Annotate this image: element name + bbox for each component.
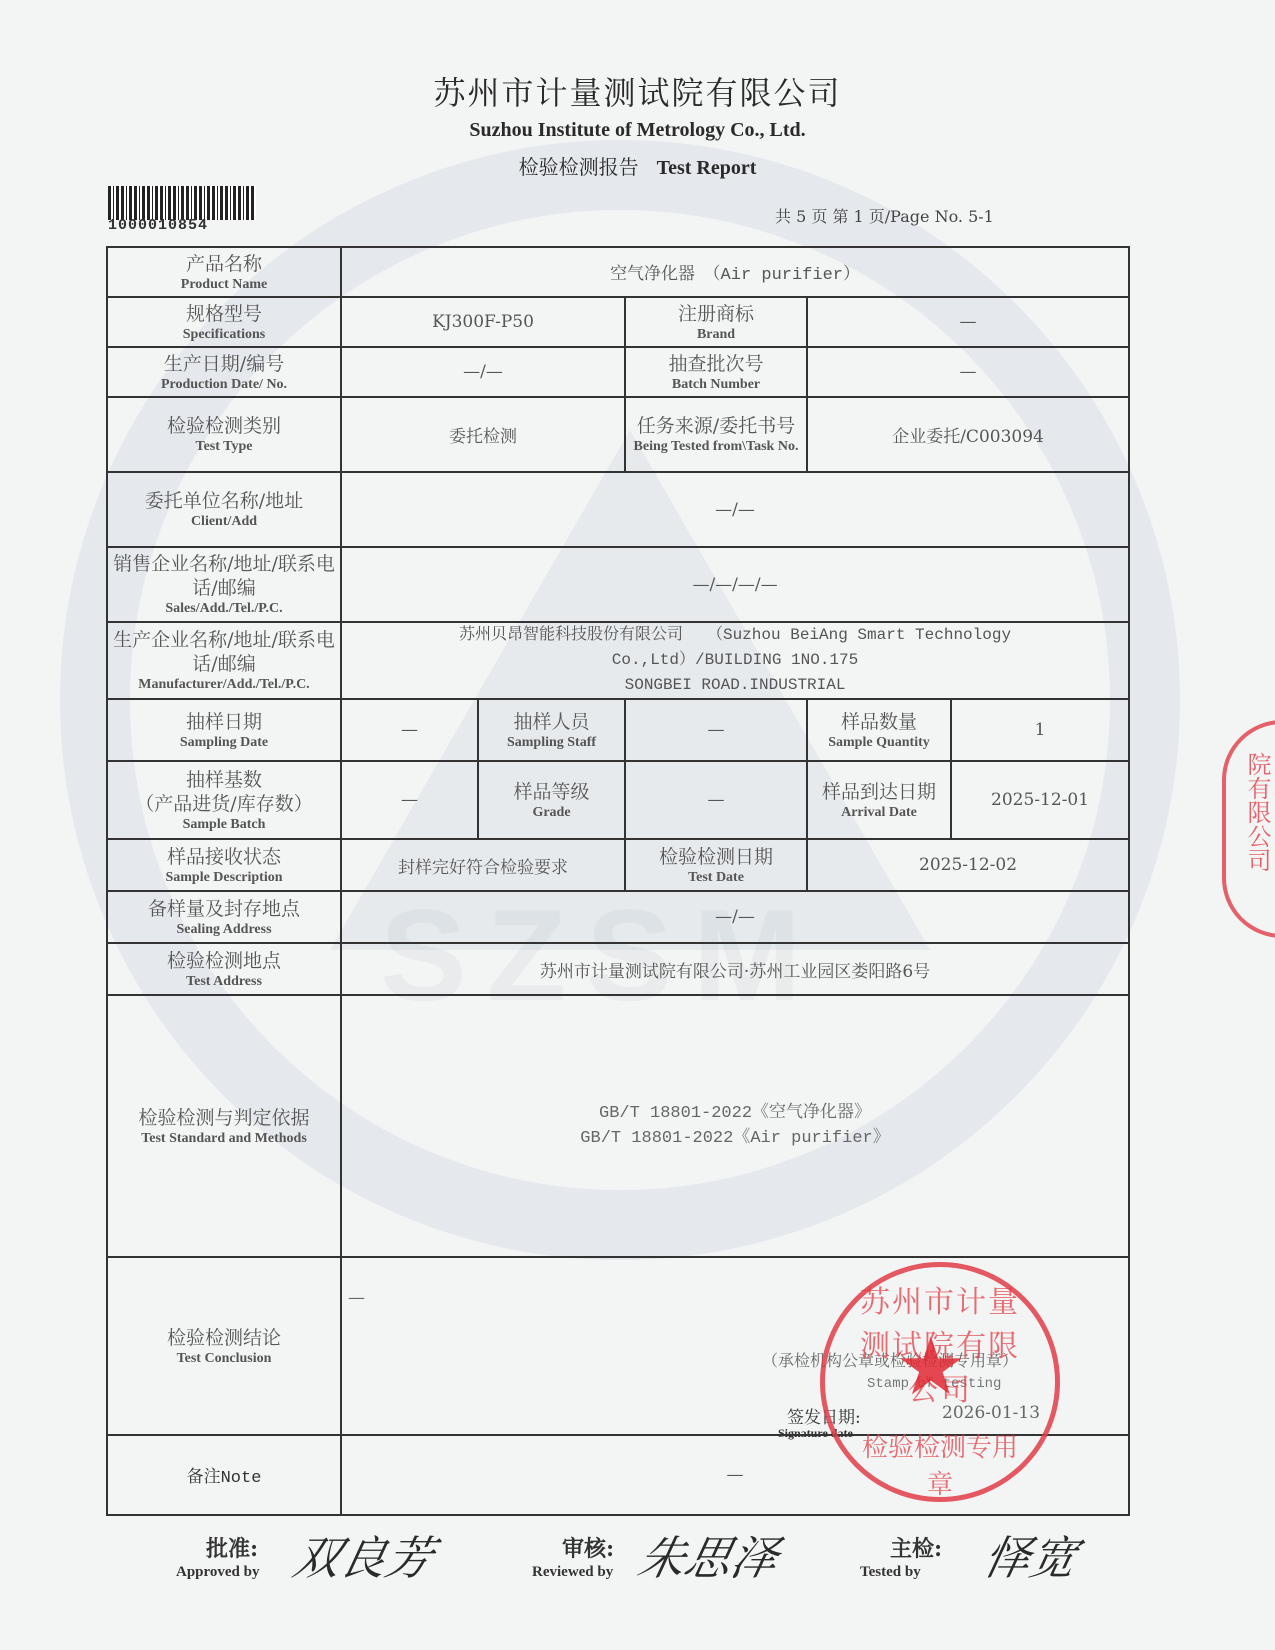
row-note: 备注Note — [107,1435,1129,1515]
row-product-name: 产品名称Product Name 空气净化器 （Air purifier） [107,247,1129,297]
page-number: 共 5 页 第 1 页/Page No. 5-1 [775,204,994,227]
row-sample-description: 样品接收状态Sample Description 封样完好符合检验要求 检验检测… [107,839,1129,891]
value-manufacturer: 苏州贝昂智能科技股份有限公司 （Suzhou BeiAng Smart Tech… [341,622,1129,699]
label-sample-description: 样品接收状态Sample Description [107,839,341,891]
row-sampling: 抽样日期Sampling Date — 抽样人员Sampling Staff —… [107,699,1129,761]
value-test-date: 2025-12-02 [807,839,1129,891]
value-sealing-address: —/— [341,891,1129,943]
row-sealing-address: 备样量及封存地点Sealing Address —/— [107,891,1129,943]
report-table: 产品名称Product Name 空气净化器 （Air purifier） 规格… [106,246,1130,1516]
label-arrival-date: 样品到达日期Arrival Date [807,761,951,839]
value-conclusion: — （承检机构公章或检验检测专用章） Stamp of testing 签发日期… [341,1257,1129,1435]
label-task-source: 任务来源/委托书号Being Tested from\Task No. [625,397,807,472]
label-product-name: 产品名称Product Name [107,247,341,297]
value-note: — [341,1435,1129,1515]
signature-reviewed: 朱思泽 [633,1522,785,1588]
value-sampling-staff: — [625,699,807,761]
barcode-number: 1000010854 [108,220,256,232]
signature-date: 2026-01-13 [942,1403,1040,1423]
signer-reviewed: 审核: Reviewed by [562,1532,614,1563]
value-arrival-date: 2025-12-01 [951,761,1129,839]
report-title-en: Test Report [657,157,757,179]
row-test-type: 检验检测类别Test Type 委托检测 任务来源/委托书号Being Test… [107,397,1129,472]
value-production-date: —/— [341,347,625,397]
row-manufacturer: 生产企业名称/地址/联系电话/邮编Manufacturer/Add./Tel./… [107,622,1129,699]
row-sample-batch: 抽样基数（产品进货/库存数）Sample Batch — 样品等级Grade —… [107,761,1129,839]
label-test-standard: 检验检测与判定依据Test Standard and Methods [107,995,341,1257]
value-grade: — [625,761,807,839]
side-seal: 苏州市计量测试院有限公司 [1222,720,1275,938]
label-grade: 样品等级Grade [478,761,625,839]
stamp-note: （承检机构公章或检验检测专用章） [762,1348,1018,1371]
label-manufacturer: 生产企业名称/地址/联系电话/邮编Manufacturer/Add./Tel./… [107,622,341,699]
value-test-address: 苏州市计量测试院有限公司·苏州工业园区娄阳路6号 [341,943,1129,995]
value-product-name: 空气净化器 （Air purifier） [341,247,1129,297]
report-title-cn: 检验检测报告 [519,155,639,179]
label-test-type: 检验检测类别Test Type [107,397,341,472]
conclusion-text: — [348,1288,365,1308]
signature-date-label-en: Signature date [778,1426,853,1441]
row-test-standard: 检验检测与判定依据Test Standard and Methods GB/T … [107,995,1129,1257]
value-sampling-date: — [341,699,478,761]
value-sample-quantity: 1 [951,699,1129,761]
row-client: 委托单位名称/地址Client/Add —/— [107,472,1129,547]
label-note: 备注Note [107,1435,341,1515]
value-task-source: 企业委托/C003094 [807,397,1129,472]
signature-approved: 双良芳 [288,1522,440,1588]
label-brand: 注册商标Brand [625,297,807,347]
label-client: 委托单位名称/地址Client/Add [107,472,341,547]
report-title: 检验检测报告Test Report [0,151,1275,180]
signature-tested: 怿宽 [978,1522,1084,1588]
label-sample-quantity: 样品数量Sample Quantity [807,699,951,761]
value-sales: —/—/—/— [341,547,1129,622]
label-production-date: 生产日期/编号Production Date/ No. [107,347,341,397]
row-test-address: 检验检测地点Test Address 苏州市计量测试院有限公司·苏州工业园区娄阳… [107,943,1129,995]
label-sales: 销售企业名称/地址/联系电话/邮编Sales/Add./Tel./P.C. [107,547,341,622]
row-specifications: 规格型号Specifications KJ300F-P50 注册商标Brand … [107,297,1129,347]
label-specifications: 规格型号Specifications [107,297,341,347]
row-production-date: 生产日期/编号Production Date/ No. —/— 抽查批次号Bat… [107,347,1129,397]
barcode-bars [108,186,256,220]
value-test-standard: GB/T 18801-2022《空气净化器》 GB/T 18801-2022《A… [341,995,1129,1257]
signer-tested: 主检: Tested by [890,1532,942,1563]
signer-approved: 批准: Approved by [206,1532,258,1563]
value-specifications: KJ300F-P50 [341,297,625,347]
signature-date-label: 签发日期: [787,1403,861,1428]
stamp-note-en: Stamp of testing [867,1376,1001,1392]
standard-line: GB/T 18801-2022《空气净化器》 [344,1101,1126,1126]
label-test-address: 检验检测地点Test Address [107,943,341,995]
side-seal-text: 苏州市计量测试院有限公司 [1240,752,1275,934]
label-sealing-address: 备样量及封存地点Sealing Address [107,891,341,943]
standard-line: GB/T 18801-2022《Air purifier》 [344,1126,1126,1151]
value-sample-description: 封样完好符合检验要求 [341,839,625,891]
barcode: 1000010854 [108,186,256,230]
label-sample-batch: 抽样基数（产品进货/库存数）Sample Batch [107,761,341,839]
value-batch-number: — [807,347,1129,397]
value-brand: — [807,297,1129,347]
label-sampling-date: 抽样日期Sampling Date [107,699,341,761]
company-name-en: Suzhou Institute of Metrology Co., Ltd. [0,119,1275,142]
value-client: —/— [341,472,1129,547]
label-sampling-staff: 抽样人员Sampling Staff [478,699,625,761]
row-conclusion: 检验检测结论Test Conclusion — （承检机构公章或检验检测专用章）… [107,1257,1129,1435]
company-name-cn: 苏州市计量测试院有限公司 [0,68,1275,114]
label-conclusion: 检验检测结论Test Conclusion [107,1257,341,1435]
label-batch-number: 抽查批次号Batch Number [625,347,807,397]
label-test-date: 检验检测日期Test Date [625,839,807,891]
row-sales: 销售企业名称/地址/联系电话/邮编Sales/Add./Tel./P.C. —/… [107,547,1129,622]
value-sample-batch: — [341,761,478,839]
value-test-type: 委托检测 [341,397,625,472]
